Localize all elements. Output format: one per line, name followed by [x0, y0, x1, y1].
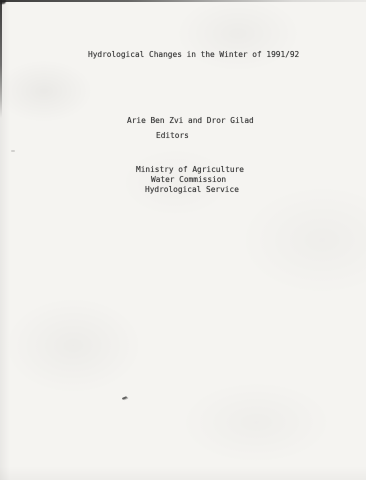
organization-ministry: Ministry of Agriculture — [136, 165, 244, 174]
scan-texture — [0, 0, 366, 480]
scan-edge-top — [0, 0, 366, 2]
organization-commission: Water Commission — [151, 175, 226, 184]
authors-byline: Arie Ben Zvi and Dror Gilad — [127, 116, 254, 125]
scan-edge-left — [0, 0, 2, 118]
scan-corner-artifact — [0, 0, 6, 4]
organization-service: Hydrological Service — [145, 185, 239, 194]
scan-speck-artifact — [11, 150, 15, 152]
scanned-page: { "document": { "title": "Hydrological C… — [0, 0, 366, 480]
editors-label: Editors — [156, 131, 189, 140]
pencil-mark-artifact — [122, 396, 127, 400]
page-title: Hydrological Changes in the Winter of 19… — [88, 50, 299, 59]
